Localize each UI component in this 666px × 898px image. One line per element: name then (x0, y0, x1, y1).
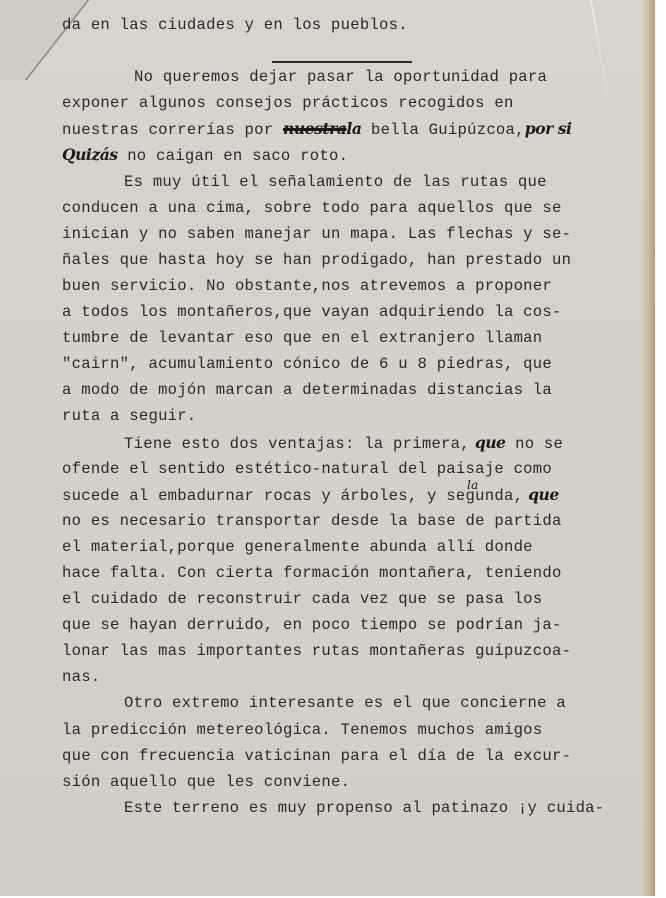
paper-sheet: da en las ciudades y en los pueblos. No … (0, 0, 655, 896)
text-line: el material,porque generalmente abunda a… (62, 534, 655, 560)
text-segment: bella Guipúzcoa, (361, 121, 524, 139)
text-line: Este terreno es muy propenso al patinazo… (62, 795, 655, 821)
text-segment: sucede al embadurnar rocas y árboles, y … (62, 487, 523, 505)
handwritten-superscript: la (467, 472, 479, 498)
text-line: conducen a una cima, sobre todo para aqu… (62, 195, 655, 221)
handwritten-insert: la (346, 119, 361, 138)
text-segment: no se (505, 435, 563, 453)
text-line: sucede al embadurnar rocas y árboles, y … (62, 482, 655, 508)
handwritten-insert: que (523, 485, 559, 504)
text-line: hace falta. Con cierta formación montañe… (62, 560, 655, 586)
handwritten-insert: por si (525, 119, 572, 138)
text-line: Otro extremo interesante es el que conci… (62, 690, 655, 716)
handwritten-insert: Quizás (62, 145, 118, 164)
text-line: buen servicio. No obstante,nos atrevemos… (62, 273, 655, 299)
text-line: Tiene esto dos ventajas: la primera, que… (62, 430, 655, 456)
text-segment: Tiene esto dos ventajas: la primera, (124, 435, 470, 453)
typewritten-text: da en las ciudades y en los pueblos. No … (62, 12, 655, 821)
text-line: que se hayan derruido, en poco tiempo se… (62, 612, 655, 638)
text-line: nuestras correrías por nuestrala bella G… (62, 116, 655, 142)
text-segment: no caigan en saco roto. (118, 147, 349, 165)
text-line: no es necesario transportar desde la bas… (62, 508, 655, 534)
text-line: No queremos dejar pasar la oportunidad p… (62, 64, 655, 90)
text-line: tumbre de levantar eso que en el extranj… (62, 325, 655, 351)
blank-line (62, 38, 655, 64)
text-line: ruta a seguir. (62, 403, 655, 429)
text-line: lonar las mas importantes rutas montañer… (62, 638, 655, 664)
text-line: ñales que hasta hoy se han prodigado, ha… (62, 247, 655, 273)
text-line: exponer algunos consejos prácticos recog… (62, 90, 655, 116)
text-line: sión aquello que les conviene. (62, 769, 655, 795)
struck-word: nuestra (283, 119, 346, 138)
text-line: da en las ciudades y en los pueblos. (62, 12, 655, 38)
text-line: a modo de mojón marcan a determinadas di… (62, 377, 655, 403)
text-line: inician y no saben manejar un mapa. Las … (62, 221, 655, 247)
text-line: "cairn", acumulamiento cónico de 6 u 8 p… (62, 351, 655, 377)
text-line: que con frecuencia vaticinan para el día… (62, 743, 655, 769)
text-line: Quizás no caigan en saco roto. (62, 142, 655, 168)
text-line: nas. (62, 664, 655, 690)
handwritten-insert: que (470, 433, 506, 452)
text-line: la predicción metereológica. Tenemos muc… (62, 717, 655, 743)
text-line: el cuidado de reconstruir cada vez que s… (62, 586, 655, 612)
text-line: Es muy útil el señalamiento de las rutas… (62, 169, 655, 195)
text-line: a todos los montañeros,que vayan adquiri… (62, 299, 655, 325)
text-line: ofende el sentido estético-natural del p… (62, 456, 655, 482)
text-segment: nuestras correrías por (62, 121, 283, 139)
